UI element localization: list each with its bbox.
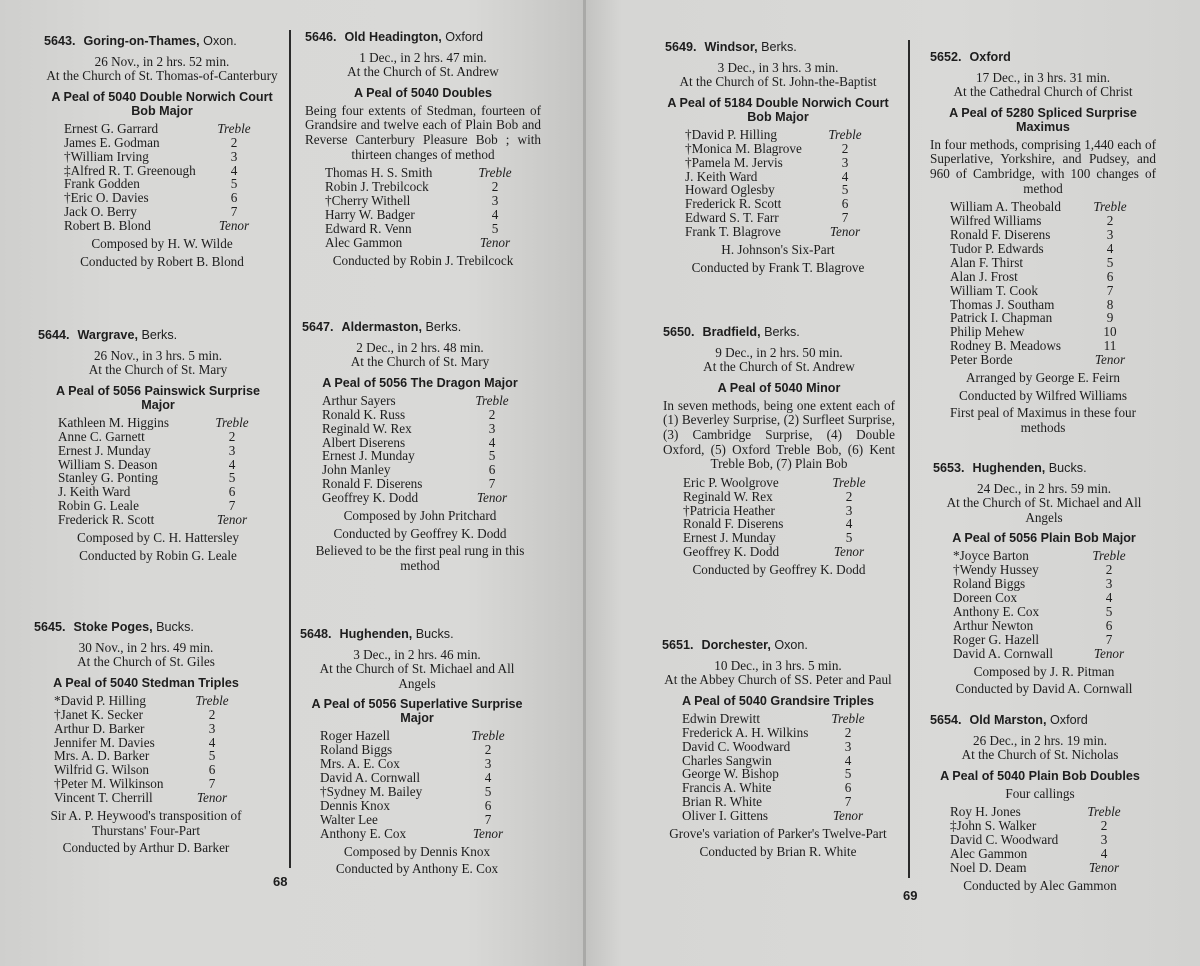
peal-note: Conducted by Anthony E. Cox bbox=[300, 862, 534, 877]
peal-title: A Peal of 5056 Plain Bob Major bbox=[933, 531, 1155, 545]
peal-title: A Peal of 5040 Stedman Triples bbox=[34, 676, 258, 690]
ringer-row: Anne C. Garnett2 bbox=[58, 430, 258, 444]
peal-place: Goring-on-Thames, bbox=[84, 34, 200, 48]
band-list: Roy H. JonesTreble‡John S. Walker2David … bbox=[950, 805, 1130, 875]
ringer-row: Noel D. DeamTenor bbox=[950, 861, 1130, 875]
ringer-row: Frederick A. H. Wilkins2 bbox=[682, 726, 874, 740]
peal-date: 30 Nov., in 2 hrs. 49 min. bbox=[34, 641, 258, 656]
peal-church: At the Church of St. Michael and All Ang… bbox=[933, 496, 1155, 525]
ringer-name: *David P. Hilling bbox=[54, 694, 146, 708]
peal-church: At the Church of St. Mary bbox=[302, 355, 538, 370]
ringer-row: Doreen Cox4 bbox=[953, 591, 1135, 605]
ringer-row: Alan F. Thirst5 bbox=[950, 256, 1136, 270]
ringer-row: Robert B. BlondTenor bbox=[64, 219, 260, 233]
ringer-name: Howard Oglesby bbox=[685, 183, 775, 197]
ringer-name: Patrick I. Chapman bbox=[950, 311, 1052, 325]
peal-church: At the Abbey Church of SS. Peter and Pau… bbox=[662, 673, 894, 688]
ringer-row: †William Irving3 bbox=[64, 150, 260, 164]
ringer-name: †David P. Hilling bbox=[685, 128, 777, 142]
bell-position: 4 bbox=[819, 170, 871, 184]
bell-position: 6 bbox=[1083, 619, 1135, 633]
bell-position: Tenor bbox=[186, 791, 238, 805]
peal-entry: 5654.Old Marston, Oxford26 Dec., in 2 hr… bbox=[930, 713, 1150, 894]
ringer-name: Alan F. Thirst bbox=[950, 256, 1023, 270]
bell-position: Tenor bbox=[206, 513, 258, 527]
ringer-name: Frederick R. Scott bbox=[58, 513, 154, 527]
peal-place: Windsor, bbox=[705, 40, 758, 54]
ringer-row: J. Keith Ward4 bbox=[685, 170, 871, 184]
band-list: *Joyce BartonTreble†Wendy Hussey2Roland … bbox=[953, 549, 1135, 660]
bell-position: Tenor bbox=[469, 236, 521, 250]
ringer-name: David C. Woodward bbox=[682, 740, 790, 754]
ringer-name: Vincent T. Cherrill bbox=[54, 791, 153, 805]
ringer-row: Mrs. A. D. Barker5 bbox=[54, 749, 238, 763]
peal-entry: 5652.Oxford 17 Dec., in 3 hrs. 31 min.At… bbox=[930, 50, 1156, 435]
ringer-name: George W. Bishop bbox=[682, 767, 779, 781]
ringer-row: Frederick R. ScottTenor bbox=[58, 513, 258, 527]
ringer-name: James E. Godman bbox=[64, 136, 160, 150]
peal-heading: 5651.Dorchester, Oxon. bbox=[662, 638, 894, 653]
bell-position: 2 bbox=[462, 743, 514, 757]
ringer-row: Wilfred Williams2 bbox=[950, 214, 1136, 228]
ringer-row: Harry W. Badger4 bbox=[325, 208, 521, 222]
ringer-name: J. Keith Ward bbox=[685, 170, 757, 184]
bell-position: 2 bbox=[208, 136, 260, 150]
ringer-name: Roland Biggs bbox=[953, 577, 1025, 591]
peal-note: Composed by John Pritchard bbox=[302, 509, 538, 524]
peal-church: At the Church of St. Thomas-of-Canterbur… bbox=[44, 69, 280, 84]
ringer-row: Brian R. White7 bbox=[682, 795, 874, 809]
ringer-row: Walter Lee7 bbox=[320, 813, 514, 827]
ringer-row: Ernest J. Munday5 bbox=[683, 531, 875, 545]
ringer-name: Roy H. Jones bbox=[950, 805, 1021, 819]
ringer-name: Arthur Newton bbox=[953, 619, 1033, 633]
ringer-row: Reginald W. Rex3 bbox=[322, 422, 518, 436]
peal-heading: 5652.Oxford bbox=[930, 50, 1156, 65]
peal-date: 3 Dec., in 3 hrs. 3 min. bbox=[665, 61, 891, 76]
peal-county: Berks. bbox=[426, 320, 462, 334]
ringer-name: †Pamela M. Jervis bbox=[685, 156, 783, 170]
bell-position: Tenor bbox=[466, 491, 518, 505]
peal-note: Conducted by Robin J. Trebilcock bbox=[305, 254, 541, 269]
bell-position: 7 bbox=[466, 477, 518, 491]
bell-position: 4 bbox=[466, 436, 518, 450]
ringer-row: Roger G. Hazell7 bbox=[953, 633, 1135, 647]
bell-position: 6 bbox=[466, 463, 518, 477]
ringer-name: *Joyce Barton bbox=[953, 549, 1029, 563]
ringer-row: †Janet K. Secker2 bbox=[54, 708, 238, 722]
bell-position: 2 bbox=[1078, 819, 1130, 833]
ringer-row: Edward R. Venn5 bbox=[325, 222, 521, 236]
ringer-row: Frank Godden5 bbox=[64, 177, 260, 191]
band-list: Edwin DrewittTrebleFrederick A. H. Wilki… bbox=[682, 712, 874, 823]
bell-position: 6 bbox=[462, 799, 514, 813]
ringer-name: Roland Biggs bbox=[320, 743, 392, 757]
bell-position: 3 bbox=[1083, 577, 1135, 591]
bell-position: 5 bbox=[823, 531, 875, 545]
peal-date: 3 Dec., in 2 hrs. 46 min. bbox=[300, 648, 534, 663]
bell-position: 2 bbox=[823, 490, 875, 504]
ringer-name: Ernest J. Munday bbox=[58, 444, 151, 458]
peal-note: Conducted by Frank T. Blagrove bbox=[665, 261, 891, 276]
peal-church: At the Church of St. Mary bbox=[38, 363, 278, 378]
ringer-name: Ronald F. Diserens bbox=[950, 228, 1050, 242]
bell-position: 5 bbox=[822, 767, 874, 781]
bell-position: Tenor bbox=[1078, 861, 1130, 875]
peal-note: Sir A. P. Heywood's transposition of Thu… bbox=[34, 809, 258, 838]
ringer-row: Vincent T. CherrillTenor bbox=[54, 791, 238, 805]
ringer-name: Walter Lee bbox=[320, 813, 378, 827]
peal-note: Composed by H. W. Wilde bbox=[44, 237, 280, 252]
peal-note: Conducted by David A. Cornwall bbox=[933, 682, 1155, 697]
bell-position: Tenor bbox=[823, 545, 875, 559]
bell-position: 7 bbox=[822, 795, 874, 809]
ringer-name: Oliver I. Gittens bbox=[682, 809, 768, 823]
bell-position: Treble bbox=[206, 416, 258, 430]
bell-position: Treble bbox=[186, 694, 238, 708]
ringer-name: Anne C. Garnett bbox=[58, 430, 145, 444]
band-list: Kathleen M. HigginsTrebleAnne C. Garnett… bbox=[58, 416, 258, 527]
peal-entry: 5646.Old Headington, Oxford1 Dec., in 2 … bbox=[305, 30, 541, 268]
ringer-row: Edwin DrewittTreble bbox=[682, 712, 874, 726]
peal-note: Conducted by Geoffrey K. Dodd bbox=[302, 527, 538, 542]
ringer-row: †Peter M. Wilkinson7 bbox=[54, 777, 238, 791]
ringer-name: Ronald F. Diserens bbox=[683, 517, 783, 531]
column-rule bbox=[908, 40, 910, 878]
ringer-row: Ernest J. Munday5 bbox=[322, 449, 518, 463]
peal-date: 26 Nov., in 2 hrs. 52 min. bbox=[44, 55, 280, 70]
ringer-row: Alec GammonTenor bbox=[325, 236, 521, 250]
ringer-row: James E. Godman2 bbox=[64, 136, 260, 150]
ringer-row: ‡John S. Walker2 bbox=[950, 819, 1130, 833]
ringer-name: Mrs. A. E. Cox bbox=[320, 757, 400, 771]
ringer-row: Arthur Newton6 bbox=[953, 619, 1135, 633]
ringer-row: Geoffrey K. DoddTenor bbox=[683, 545, 875, 559]
bell-position: Treble bbox=[1083, 549, 1135, 563]
bell-position: Treble bbox=[1084, 200, 1136, 214]
ringer-name: †Peter M. Wilkinson bbox=[54, 777, 164, 791]
ringer-row: Wilfrid G. Wilson6 bbox=[54, 763, 238, 777]
peal-county: Oxford bbox=[1050, 713, 1088, 727]
peal-place: Aldermaston, bbox=[342, 320, 422, 334]
bell-position: 7 bbox=[819, 211, 871, 225]
peal-number: 5643. bbox=[44, 34, 76, 48]
bell-position: 7 bbox=[186, 777, 238, 791]
bell-position: 2 bbox=[1083, 563, 1135, 577]
peal-county: Bucks. bbox=[1049, 461, 1087, 475]
bell-position: 4 bbox=[206, 458, 258, 472]
ringer-row: David C. Woodward3 bbox=[950, 833, 1130, 847]
ringer-name: Frederick R. Scott bbox=[685, 197, 781, 211]
peal-entry: 5648.Hughenden, Bucks.3 Dec., in 2 hrs. … bbox=[300, 627, 534, 877]
bell-position: 4 bbox=[469, 208, 521, 222]
peal-title: A Peal of 5040 Grandsire Triples bbox=[662, 694, 894, 708]
peal-date: 10 Dec., in 3 hrs. 5 min. bbox=[662, 659, 894, 674]
band-list: William A. TheobaldTrebleWilfred William… bbox=[950, 200, 1136, 367]
bell-position: 7 bbox=[206, 499, 258, 513]
bell-position: 6 bbox=[1084, 270, 1136, 284]
ringer-row: Robin G. Leale7 bbox=[58, 499, 258, 513]
peal-note: Conducted by Robert B. Blond bbox=[44, 255, 280, 270]
ringer-name: Doreen Cox bbox=[953, 591, 1017, 605]
ringer-row: Frederick R. Scott6 bbox=[685, 197, 871, 211]
ringer-row: David A. CornwallTenor bbox=[953, 647, 1135, 661]
bell-position: 5 bbox=[1083, 605, 1135, 619]
peal-number: 5644. bbox=[38, 328, 70, 342]
bell-position: 2 bbox=[1084, 214, 1136, 228]
bell-position: 5 bbox=[1084, 256, 1136, 270]
ringer-name: Noel D. Deam bbox=[950, 861, 1027, 875]
bell-position: 3 bbox=[466, 422, 518, 436]
peal-title: A Peal of 5040 Doubles bbox=[305, 86, 541, 100]
peal-title: A Peal of 5056 The Dragon Major bbox=[302, 376, 538, 390]
peal-heading: 5645.Stoke Poges, Bucks. bbox=[34, 620, 258, 635]
ringer-row: Frank T. BlagroveTenor bbox=[685, 225, 871, 239]
peal-date: 26 Nov., in 3 hrs. 5 min. bbox=[38, 349, 278, 364]
ringer-row: George W. Bishop5 bbox=[682, 767, 874, 781]
peal-note: Conducted by Brian R. White bbox=[662, 845, 894, 860]
ringer-name: Ernest J. Munday bbox=[683, 531, 776, 545]
book-spread: 68 69 5643.Goring-on-Thames, Oxon.26 Nov… bbox=[0, 0, 1200, 966]
bell-position: 7 bbox=[208, 205, 260, 219]
peal-note: Arranged by George E. Feirn bbox=[930, 371, 1156, 386]
ringer-row: †Sydney M. Bailey5 bbox=[320, 785, 514, 799]
ringer-name: Kathleen M. Higgins bbox=[58, 416, 169, 430]
bell-position: 2 bbox=[822, 726, 874, 740]
bell-position: 10 bbox=[1084, 325, 1136, 339]
peal-note: Conducted by Robin G. Leale bbox=[38, 549, 278, 564]
bell-position: 5 bbox=[206, 471, 258, 485]
ringer-row: Philip Mehew10 bbox=[950, 325, 1136, 339]
ringer-name: Jack O. Berry bbox=[64, 205, 137, 219]
bell-position: 6 bbox=[186, 763, 238, 777]
ringer-name: †Janet K. Secker bbox=[54, 708, 143, 722]
ringer-name: Wilfred Williams bbox=[950, 214, 1041, 228]
bell-position: 6 bbox=[206, 485, 258, 499]
bell-position: 5 bbox=[469, 222, 521, 236]
ringer-row: David C. Woodward3 bbox=[682, 740, 874, 754]
ringer-name: Jennifer M. Davies bbox=[54, 736, 155, 750]
ringer-row: Roger HazellTreble bbox=[320, 729, 514, 743]
bell-position: 3 bbox=[822, 740, 874, 754]
ringer-row: Roland Biggs2 bbox=[320, 743, 514, 757]
ringer-name: Charles Sangwin bbox=[682, 754, 772, 768]
peal-county: Oxon. bbox=[203, 34, 237, 48]
peal-number: 5650. bbox=[663, 325, 695, 339]
peal-title: A Peal of 5056 Superlative Surprise Majo… bbox=[300, 697, 534, 725]
bell-position: 3 bbox=[206, 444, 258, 458]
peal-county: Berks. bbox=[764, 325, 800, 339]
peal-county: Oxford bbox=[445, 30, 483, 44]
ringer-row: Ernest J. Munday3 bbox=[58, 444, 258, 458]
bell-position: 4 bbox=[462, 771, 514, 785]
bell-position: 4 bbox=[1083, 591, 1135, 605]
ringer-name: John Manley bbox=[322, 463, 391, 477]
peal-entry: 5647.Aldermaston, Berks.2 Dec., in 2 hrs… bbox=[302, 320, 538, 573]
bell-position: 9 bbox=[1084, 311, 1136, 325]
peal-heading: 5653.Hughenden, Bucks. bbox=[933, 461, 1155, 476]
bell-position: 6 bbox=[819, 197, 871, 211]
ringer-row: Alec Gammon4 bbox=[950, 847, 1130, 861]
peal-church: At the Church of St. Andrew bbox=[663, 360, 895, 375]
bell-position: 4 bbox=[823, 517, 875, 531]
bell-position: 5 bbox=[186, 749, 238, 763]
bell-position: 3 bbox=[1078, 833, 1130, 847]
peal-description: In four methods, comprising 1,440 each o… bbox=[930, 138, 1156, 196]
peal-number: 5645. bbox=[34, 620, 66, 634]
ringer-row: Charles Sangwin4 bbox=[682, 754, 874, 768]
ringer-name: Arthur Sayers bbox=[322, 394, 396, 408]
peal-title: A Peal of 5040 Double Norwich Court Bob … bbox=[44, 90, 280, 118]
ringer-name: Albert Diserens bbox=[322, 436, 405, 450]
peal-county: Bucks. bbox=[156, 620, 194, 634]
peal-church: At the Church of St. Giles bbox=[34, 655, 258, 670]
ringer-row: John Manley6 bbox=[322, 463, 518, 477]
bell-position: Treble bbox=[819, 128, 871, 142]
ringer-name: Edward S. T. Farr bbox=[685, 211, 779, 225]
peal-note: Conducted by Alec Gammon bbox=[930, 879, 1150, 894]
ringer-name: Francis A. White bbox=[682, 781, 772, 795]
ringer-row: David A. Cornwall4 bbox=[320, 771, 514, 785]
peal-number: 5652. bbox=[930, 50, 962, 64]
bell-position: 4 bbox=[1078, 847, 1130, 861]
ringer-name: Tudor P. Edwards bbox=[950, 242, 1044, 256]
ringer-name: †Sydney M. Bailey bbox=[320, 785, 422, 799]
ringer-row: Mrs. A. E. Cox3 bbox=[320, 757, 514, 771]
ringer-name: William T. Cook bbox=[950, 284, 1038, 298]
ringer-row: Ronald F. Diserens7 bbox=[322, 477, 518, 491]
bell-position: Tenor bbox=[208, 219, 260, 233]
peal-place: Wargrave, bbox=[78, 328, 138, 342]
ringer-name: Peter Borde bbox=[950, 353, 1013, 367]
band-list: Arthur SayersTrebleRonald K. Russ2Regina… bbox=[322, 394, 518, 505]
ringer-name: Thomas H. S. Smith bbox=[325, 166, 432, 180]
bell-position: 3 bbox=[462, 757, 514, 771]
ringer-name: Robin G. Leale bbox=[58, 499, 139, 513]
peal-note: Composed by C. H. Hattersley bbox=[38, 531, 278, 546]
ringer-name: Mrs. A. D. Barker bbox=[54, 749, 149, 763]
ringer-row: William S. Deason4 bbox=[58, 458, 258, 472]
ringer-row: Arthur SayersTreble bbox=[322, 394, 518, 408]
peal-heading: 5654.Old Marston, Oxford bbox=[930, 713, 1150, 728]
ringer-name: Robert B. Blond bbox=[64, 219, 151, 233]
peal-note: Conducted by Geoffrey K. Dodd bbox=[663, 563, 895, 578]
ringer-name: David C. Woodward bbox=[950, 833, 1058, 847]
bell-position: 8 bbox=[1084, 298, 1136, 312]
peal-heading: 5649.Windsor, Berks. bbox=[665, 40, 891, 55]
ringer-name: Frederick A. H. Wilkins bbox=[682, 726, 808, 740]
peal-place: Dorchester, bbox=[702, 638, 771, 652]
ringer-name: Dennis Knox bbox=[320, 799, 390, 813]
peal-note: Conducted by Wilfred Williams bbox=[930, 389, 1156, 404]
peal-note: Believed to be the first peal rung in th… bbox=[302, 544, 538, 573]
ringer-row: William A. TheobaldTreble bbox=[950, 200, 1136, 214]
ringer-row: †Patricia Heather3 bbox=[683, 504, 875, 518]
page-number-right: 69 bbox=[903, 888, 917, 903]
peal-heading: 5644.Wargrave, Berks. bbox=[38, 328, 278, 343]
bell-position: Treble bbox=[822, 712, 874, 726]
ringer-row: Ronald F. Diserens4 bbox=[683, 517, 875, 531]
peal-date: 24 Dec., in 2 hrs. 59 min. bbox=[933, 482, 1155, 497]
bell-position: 4 bbox=[208, 164, 260, 178]
ringer-row: Eric P. WoolgroveTreble bbox=[683, 476, 875, 490]
band-list: *David P. HillingTreble†Janet K. Secker2… bbox=[54, 694, 238, 805]
ringer-name: Arthur D. Barker bbox=[54, 722, 144, 736]
ringer-row: Edward S. T. Farr7 bbox=[685, 211, 871, 225]
peal-note: Composed by J. R. Pitman bbox=[933, 665, 1155, 680]
ringer-row: †Pamela M. Jervis3 bbox=[685, 156, 871, 170]
peal-heading: 5646.Old Headington, Oxford bbox=[305, 30, 541, 45]
peal-church: At the Church of St. Nicholas bbox=[930, 748, 1150, 763]
bell-position: 2 bbox=[186, 708, 238, 722]
peal-number: 5646. bbox=[305, 30, 337, 44]
peal-county: Berks. bbox=[141, 328, 177, 342]
ringer-name: David A. Cornwall bbox=[953, 647, 1053, 661]
ringer-row: †David P. HillingTreble bbox=[685, 128, 871, 142]
bell-position: Tenor bbox=[1084, 353, 1136, 367]
peal-church: At the Church of St. Michael and All Ang… bbox=[300, 662, 534, 691]
bell-position: 7 bbox=[1084, 284, 1136, 298]
ringer-name: Ernest J. Munday bbox=[322, 449, 415, 463]
peal-county: Oxon. bbox=[774, 638, 808, 652]
peal-description: In seven methods, being one extent each … bbox=[663, 399, 895, 472]
column-rule bbox=[289, 30, 291, 868]
ringer-name: Anthony E. Cox bbox=[953, 605, 1039, 619]
peal-heading: 5643.Goring-on-Thames, Oxon. bbox=[44, 34, 280, 49]
ringer-name: Frank T. Blagrove bbox=[685, 225, 781, 239]
ringer-row: †Wendy Hussey2 bbox=[953, 563, 1135, 577]
ringer-name: ‡Alfred R. T. Greenough bbox=[64, 164, 196, 178]
ringer-row: Ronald K. Russ2 bbox=[322, 408, 518, 422]
ringer-name: ‡John S. Walker bbox=[950, 819, 1036, 833]
peal-church: At the Cathedral Church of Christ bbox=[930, 85, 1156, 100]
peal-date: 26 Dec., in 2 hrs. 19 min. bbox=[930, 734, 1150, 749]
peal-county: Berks. bbox=[761, 40, 797, 54]
ringer-name: Roger G. Hazell bbox=[953, 633, 1039, 647]
ringer-name: J. Keith Ward bbox=[58, 485, 130, 499]
peal-date: 2 Dec., in 2 hrs. 48 min. bbox=[302, 341, 538, 356]
bell-position: 2 bbox=[819, 142, 871, 156]
ringer-name: Brian R. White bbox=[682, 795, 762, 809]
ringer-name: Geoffrey K. Dodd bbox=[322, 491, 418, 505]
peal-heading: 5650.Bradfield, Berks. bbox=[663, 325, 895, 340]
peal-title: A Peal of 5040 Plain Bob Doubles bbox=[930, 769, 1150, 783]
bell-position: Treble bbox=[469, 166, 521, 180]
band-list: Thomas H. S. SmithTrebleRobin J. Trebilc… bbox=[325, 166, 521, 249]
band-list: Roger HazellTrebleRoland Biggs2Mrs. A. E… bbox=[320, 729, 514, 840]
ringer-name: †Wendy Hussey bbox=[953, 563, 1039, 577]
peal-heading: 5648.Hughenden, Bucks. bbox=[300, 627, 534, 642]
ringer-name: Roger Hazell bbox=[320, 729, 390, 743]
ringer-name: †Monica M. Blagrove bbox=[685, 142, 802, 156]
ringer-name: Rodney B. Meadows bbox=[950, 339, 1061, 353]
peal-heading: 5647.Aldermaston, Berks. bbox=[302, 320, 538, 335]
peal-church: At the Church of St. Andrew bbox=[305, 65, 541, 80]
peal-church: At the Church of St. John-the-Baptist bbox=[665, 75, 891, 90]
bell-position: 3 bbox=[186, 722, 238, 736]
band-list: †David P. HillingTreble†Monica M. Blagro… bbox=[685, 128, 871, 239]
bell-position: Tenor bbox=[819, 225, 871, 239]
peal-note: Composed by Dennis Knox bbox=[300, 845, 534, 860]
bell-position: 3 bbox=[819, 156, 871, 170]
bell-position: Treble bbox=[462, 729, 514, 743]
peal-entry: 5651.Dorchester, Oxon.10 Dec., in 3 hrs.… bbox=[662, 638, 894, 859]
ringer-row: Roy H. JonesTreble bbox=[950, 805, 1130, 819]
peal-note: First peal of Maximus in these four meth… bbox=[930, 406, 1156, 435]
peal-place: Hughenden, bbox=[340, 627, 413, 641]
peal-title: A Peal of 5280 Spliced Surprise Maximus bbox=[930, 106, 1156, 134]
band-list: Eric P. WoolgroveTrebleReginald W. Rex2†… bbox=[683, 476, 875, 559]
